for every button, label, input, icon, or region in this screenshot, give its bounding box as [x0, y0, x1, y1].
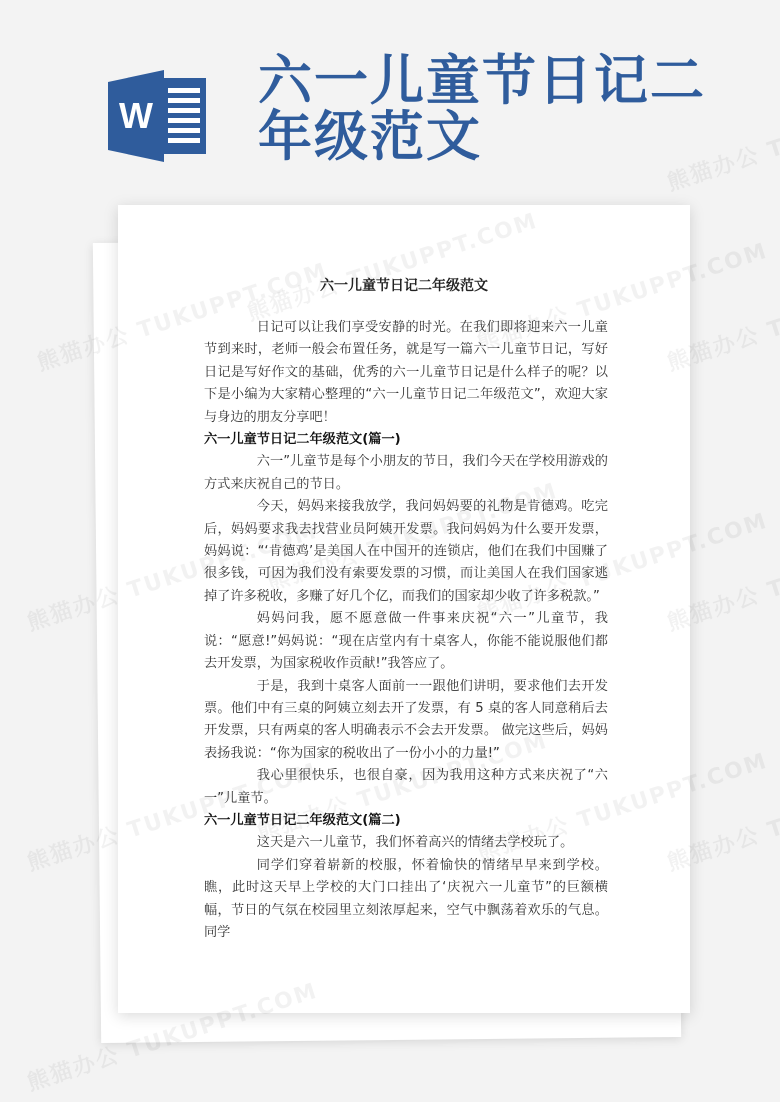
document-page: 六一儿童节日记二年级范文 日记可以让我们享受安静的时光。在我们即将迎来六一儿童节… — [118, 205, 690, 1013]
paragraph: 六一”儿童节是每个小朋友的节日，我们今天在学校用游戏的方式来庆祝自己的节日。 — [204, 451, 608, 496]
paragraph: 于是，我到十桌客人面前一一跟他们讲明，要求他们去开发票。他们中有三桌的阿姨立刻去… — [204, 676, 608, 766]
document-title: 六一儿童节日记二年级范文 — [118, 275, 690, 295]
document-body: 日记可以让我们享受安静的时光。在我们即将迎来六一儿童节到来时，老师一般会布置任务… — [204, 317, 608, 944]
paragraph: 同学们穿着崭新的校服，怀着愉快的情绪早早来到学校。 瞧，此时这天早上学校的大门口… — [204, 855, 608, 945]
word-document-icon: W — [108, 70, 208, 162]
section-heading: 六一儿童节日记二年级范文(篇一) — [204, 429, 608, 451]
paragraph: 日记可以让我们享受安静的时光。在我们即将迎来六一儿童节到来时，老师一般会布置任务… — [204, 317, 608, 429]
section-heading: 六一儿童节日记二年级范文(篇二) — [204, 810, 608, 832]
header-banner: W 六一儿童节日记二年级范文 — [0, 0, 780, 200]
paragraph: 今天，妈妈来接我放学，我问妈妈要的礼物是肯德鸡。吃完后，妈妈要求我去找营业员阿姨… — [204, 496, 608, 608]
paragraph: 我心里很快乐，也很自豪，因为我用这种方式来庆祝了“六一”儿童节。 — [204, 765, 608, 810]
svg-text:W: W — [119, 95, 153, 136]
paragraph: 这天是六一儿童节，我们怀着高兴的情绪去学校玩了。 — [204, 832, 608, 854]
paragraph: 妈妈问我，愿不愿意做一件事来庆祝“六一”儿童节，我说：“愿意!”妈妈说：“现在店… — [204, 608, 608, 675]
banner-title: 六一儿童节日记二年级范文 — [258, 52, 728, 164]
